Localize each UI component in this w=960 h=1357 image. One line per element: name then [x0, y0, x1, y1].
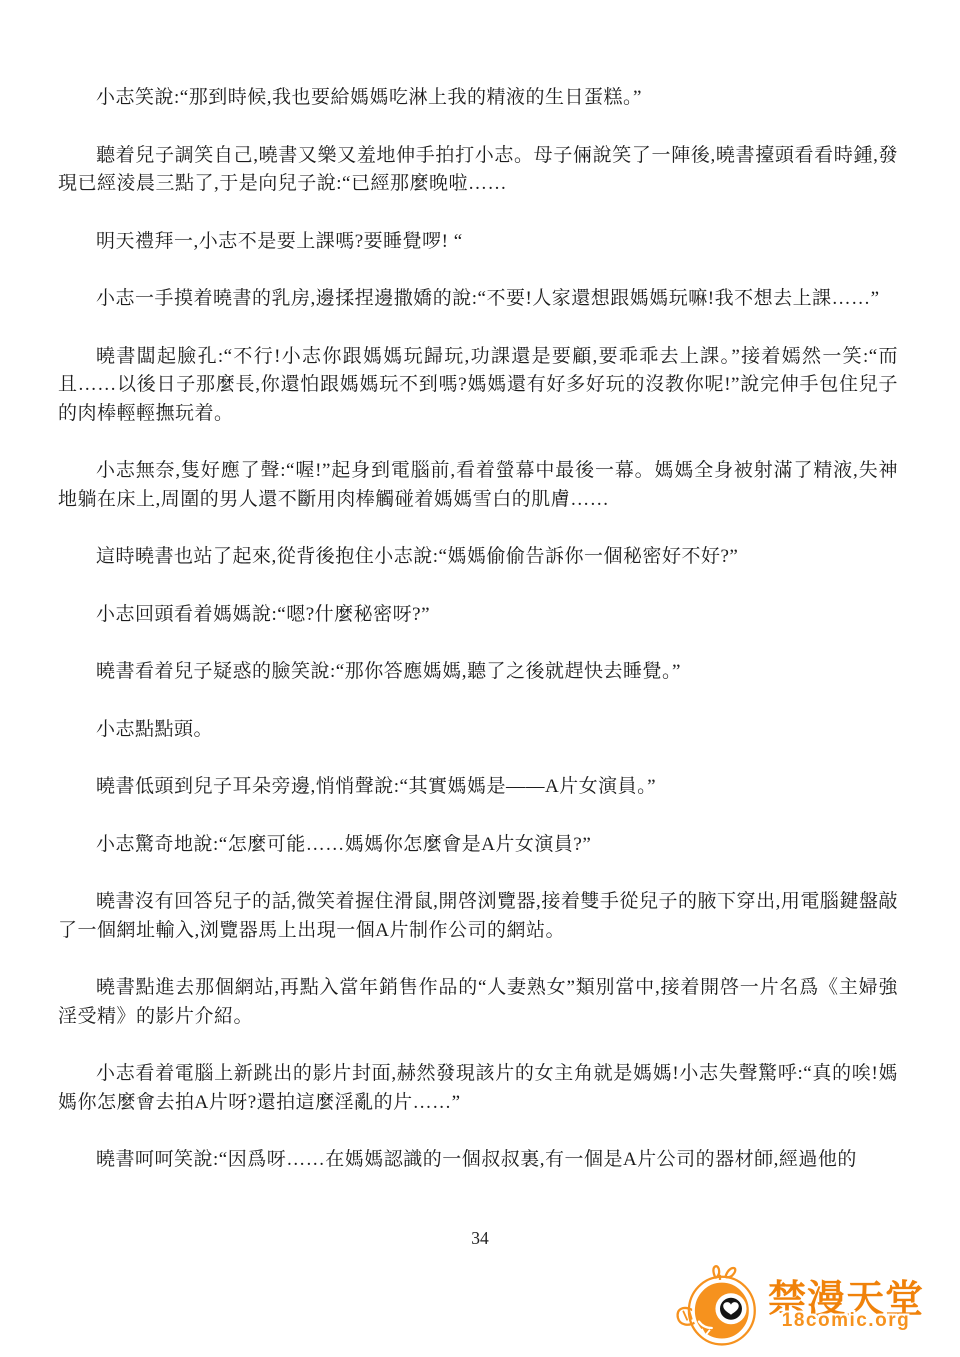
text-paragraph: 曉書看着兒子疑惑的臉笑說:“那你答應媽媽,聽了之後就趕快去睡覺。” — [58, 658, 898, 687]
text-paragraph: 小志無奈,隻好應了聲:“喔!”起身到電腦前,看着螢幕中最後一幕。媽媽全身被射滿了… — [58, 457, 898, 514]
text-paragraph: 小志笑說:“那到時候,我也要給媽媽吃淋上我的精液的生日蛋糕。” — [58, 84, 898, 113]
text-paragraph: 小志點點頭。 — [58, 716, 898, 745]
text-paragraph: 小志回頭看着媽媽說:“嗯?什麼秘密呀?” — [58, 601, 898, 630]
site-watermark: 禁漫天堂 18comic.org — [674, 1263, 924, 1349]
watermark-text: 禁漫天堂 18comic.org — [768, 1282, 924, 1330]
document-page: 小志笑說:“那到時候,我也要給媽媽吃淋上我的精液的生日蛋糕。” 聽着兒子調笑自己… — [0, 0, 960, 1357]
text-paragraph: 曉書闆起臉孔:“不行!小志你跟媽媽玩歸玩,功課還是要顧,要乖乖去上課。”接着嫣然… — [58, 343, 898, 429]
text-paragraph: 曉書低頭到兒子耳朵旁邊,悄悄聲說:“其實媽媽是——A片女演員。” — [58, 773, 898, 802]
text-paragraph: 曉書點進去那個網站,再點入當年銷售作品的“人妻熟女”類別當中,接着開啓一片名爲《… — [58, 974, 898, 1031]
page-number: 34 — [471, 1228, 489, 1248]
text-paragraph: 曉書呵呵笑說:“因爲呀……在媽媽認識的一個叔叔裏,有一個是A片公司的器材師,經過… — [58, 1146, 898, 1175]
site-url: 18comic.org — [782, 1311, 910, 1330]
text-paragraph: 曉書沒有回答兒子的話,微笑着握住滑鼠,開啓浏覽器,接着雙手從兒子的腋下穿出,用電… — [58, 888, 898, 945]
jmcomic-mascot-icon — [674, 1263, 766, 1349]
text-paragraph: 小志驚奇地說:“怎麼可能……媽媽你怎麼會是A片女演員?” — [58, 831, 898, 860]
text-paragraph: 小志一手摸着曉書的乳房,邊揉捏邊撒嬌的說:“不要!人家還想跟媽媽玩嘛!我不想去上… — [58, 285, 898, 314]
text-paragraph: 這時曉書也站了起來,從背後抱住小志說:“媽媽偷偷告訴你一個秘密好不好?” — [58, 543, 898, 572]
text-paragraph: 小志看着電腦上新跳出的影片封面,赫然發現該片的女主角就是媽媽!小志失聲驚呼:“真… — [58, 1060, 898, 1117]
novel-text-block: 小志笑說:“那到時候,我也要給媽媽吃淋上我的精液的生日蛋糕。” 聽着兒子調笑自己… — [0, 0, 960, 1175]
page-footer: 34 — [0, 1228, 960, 1249]
text-paragraph: 聽着兒子調笑自己,曉書又樂又羞地伸手拍打小志。母子倆說笑了一陣後,曉書擡頭看看時… — [58, 142, 898, 199]
text-paragraph: 明天禮拜一,小志不是要上課嗎?要睡覺啰! “ — [58, 228, 898, 257]
